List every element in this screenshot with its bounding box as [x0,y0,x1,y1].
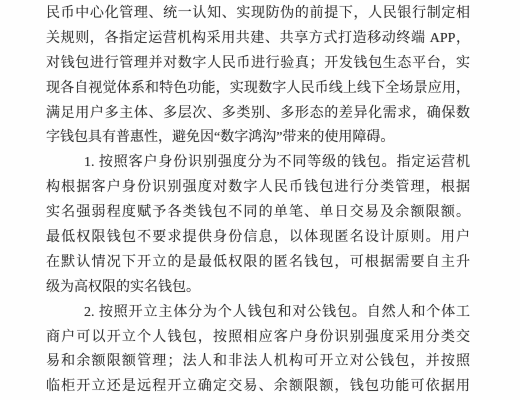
text-line: 在默认情况下开立的是最低权限的匿名钱包，可根据需要自主升 [46,251,470,276]
text-line: 满足用户多主体、多层次、多类别、多形态的差异化需求，确保数 [46,102,470,127]
text-line: 最低权限钱包不要求提供身份信息，以体现匿名设计原则。用户 [46,226,470,251]
text-line: 临柜开立还是远程开立确定交易、余额限额，钱包功能可依据用 [46,375,470,400]
text-line: 易和余额限额管理；法人和非法人机构可开立对公钱包，并按照 [46,350,470,375]
text-line: 商户可以开立个人钱包，按照相应客户身份识别强度采用分类交 [46,326,470,351]
text-line: 关规则，各指定运营机构采用共建、共享方式打造移动终端 APP， [46,27,470,52]
text-block: 民币中心化管理、统一认知、实现防伪的前提下，人民银行制定相关规则，各指定运营机构… [46,2,470,400]
text-line: 构根据客户身份识别强度对数字人民币钱包进行分类管理，根据 [46,176,470,201]
text-line: 民币中心化管理、统一认知、实现防伪的前提下，人民银行制定相 [46,2,470,27]
text-line: 对钱包进行管理并对数字人民币进行验真；开发钱包生态平台，实 [46,52,470,77]
text-line: 级为高权限的实名钱包。 [46,276,470,301]
text-line: 现各自视觉体系和特色功能，实现数字人民币线上线下全场景应用， [46,77,470,102]
text-line: 字钱包具有普惠性，避免因“数字鸿沟”带来的使用障碍。 [46,126,470,151]
text-line: 实名强弱程度赋予各类钱包不同的单笔、单日交易及余额限额。 [46,201,470,226]
text-line: 1. 按照客户身份识别强度分为不同等级的钱包。指定运营机 [46,151,470,176]
document-page: 民币中心化管理、统一认知、实现防伪的前提下，人民银行制定相关规则，各指定运营机构… [0,0,520,400]
text-line: 2. 按照开立主体分为个人钱包和对公钱包。自然人和个体工 [46,301,470,326]
